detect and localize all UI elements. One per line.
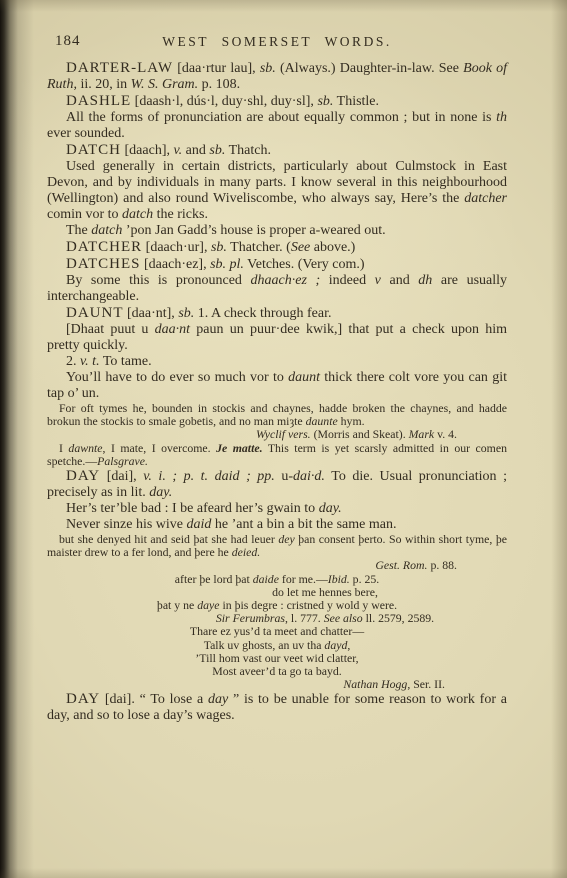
entry-dashle-note: All the forms of pronunciation are about… — [47, 110, 507, 142]
text-run: ever sounded. — [47, 126, 125, 141]
text-run: [daa·nt], — [124, 306, 179, 321]
text-run: v. t. — [80, 354, 100, 369]
text-run: [daach·ez], — [141, 257, 211, 272]
text-run: Gest. Rom. — [375, 558, 427, 572]
text-run: above.) — [310, 240, 355, 255]
text-run: W. S. Gram. — [131, 77, 199, 92]
entry-day-lose: DAY [dai]. “ To lose a day ” is to be un… — [47, 691, 507, 724]
text-run: ll. 2579, 2589. — [363, 611, 434, 625]
quote-gesta: but she denyed hit and seid þat she had … — [47, 533, 507, 559]
text-run: daunt — [288, 370, 320, 385]
text-run: daide — [253, 572, 279, 586]
text-run: p. 108. — [198, 77, 240, 92]
entry-datch: DATCH [daach], v. and sb. Thatch. — [47, 142, 507, 159]
text-run: day — [208, 692, 228, 707]
text-run: he ’ant a bin a bit the same man. — [211, 517, 396, 532]
quote-wyclif: For oft tymes he, bounden in stockis and… — [47, 402, 507, 428]
text-run: [daa·rtur lau], — [173, 61, 260, 76]
text-run: (Morris and Skeat). — [311, 427, 409, 441]
text-run: [dai]. “ To lose a — [100, 692, 208, 707]
text-run: See — [291, 240, 310, 255]
text-run: ’Till hom vast our veet wid clatter, — [195, 651, 358, 665]
text-run: Sir Ferumbras — [216, 611, 285, 625]
text-run: Palsgrave. — [97, 454, 148, 468]
entry-datch-note: Used generally in certain districts, par… — [47, 159, 507, 223]
text-run: daunte — [306, 414, 338, 428]
book-page: 184 WEST SOMERSET WORDS. DARTER-LAW [daa… — [0, 0, 567, 878]
text-run: datcher — [464, 191, 507, 206]
text-run: p. 88. — [428, 558, 458, 572]
entry-daunt: DAUNT [daa·nt], sb. 1. A check through f… — [47, 305, 507, 322]
text-run: ’pon Jan Gadd’s house is proper a-weared… — [122, 223, 385, 238]
headword: DAY — [66, 691, 100, 707]
text-run: [Dhaat puut u — [66, 322, 155, 337]
text-run: Vetches. (Very com.) — [244, 257, 365, 272]
text-run: day. — [319, 501, 342, 516]
text-run: and — [381, 273, 418, 288]
text-run: (Always.) Daughter-in-law. See — [276, 61, 463, 76]
text-run: The — [66, 223, 91, 238]
entry-daunt-sense-2: 2. v. t. To tame. — [47, 354, 507, 370]
text-run: dai·d. — [293, 469, 325, 484]
text-run: do let me hennes bere, — [272, 585, 378, 599]
page-edge-shadow-top — [0, 0, 567, 12]
text-run: Her’s ter’ble bad : I be afeard her’s gw… — [66, 501, 319, 516]
text-run: By some this is pronounced — [66, 273, 251, 288]
text-run: Wyclif vers. — [256, 427, 311, 441]
entry-datches: DATCHES [daach·ez], sb. pl. Vetches. (Ve… — [47, 256, 507, 273]
text-run: daye — [197, 598, 219, 612]
page-edge-shadow-bottom — [0, 868, 567, 878]
text-run: 2. — [66, 354, 80, 369]
text-run: Thistle. — [333, 94, 379, 109]
text-run: in þis degre : cristned y wold y were. — [220, 598, 398, 612]
entry-daunt-sense-2-example: You’ll have to do ever so much vor to da… — [47, 370, 507, 402]
text-run: 1. A check through fear. — [194, 306, 331, 321]
text-run: [daach], — [121, 143, 173, 158]
headword: DATCHES — [66, 256, 141, 272]
text-run: [daash·l, dús·l, duy·shl, duy·sl], — [131, 94, 317, 109]
text-run: sb. — [211, 240, 227, 255]
text-run: dawnte — [68, 441, 102, 455]
headword: DARTER-LAW — [66, 60, 173, 76]
text-run: sb. pl. — [210, 257, 244, 272]
text-run: To tame. — [100, 354, 152, 369]
text-run: dey — [278, 532, 294, 546]
attr-hogg: Nathan Hogg, Ser. II. — [47, 678, 507, 691]
entry-day-example-2: Never sinze his wive daid he ’ant a bin … — [47, 517, 507, 533]
entry-datcher: DATCHER [daach·ur], sb. Thatcher. (See a… — [47, 239, 507, 256]
text-run: [daach·ur], — [142, 240, 211, 255]
text-run: [dai], — [100, 469, 143, 484]
text-run: sb. — [178, 306, 194, 321]
gutter-shadow — [0, 0, 34, 878]
text-run: the ricks. — [153, 207, 208, 222]
headword: DAUNT — [66, 305, 124, 321]
page-edge-shadow-right — [551, 0, 567, 878]
quote-palsgrave: I dawnte, I mate, I overcome. Je matte. … — [47, 442, 507, 468]
text-run: Most aveer’d ta go ta bayd. — [212, 664, 342, 678]
text-run: hym. — [338, 414, 365, 428]
entry-datches-note: By some this is pronounced dhaach·ez ; i… — [47, 273, 507, 305]
text-run: , I mate, I overcome. — [103, 441, 217, 455]
text-run: indeed — [320, 273, 375, 288]
headword: DATCHER — [66, 239, 142, 255]
text-run: v. 4. — [434, 427, 457, 441]
text-run: Thatch. — [225, 143, 271, 158]
text-run: You’ll have to do ever so much vor to — [66, 370, 288, 385]
page-body: DARTER-LAW [daa·rtur lau], sb. (Always.)… — [47, 60, 507, 724]
text-run: dayd — [324, 638, 347, 652]
text-run: u- — [275, 469, 293, 484]
headword: DATCH — [66, 142, 121, 158]
text-run: Thare ez yus’d ta meet and chatter— — [190, 624, 364, 638]
text-run: datch — [122, 207, 153, 222]
text-run: daid — [187, 517, 212, 532]
text-run: , Ser. II. — [407, 677, 445, 691]
text-run: Je matte. — [216, 441, 262, 455]
headword: DASHLE — [66, 93, 131, 109]
text-run: but she denyed hit and seid þat she had … — [59, 532, 278, 546]
text-run: þat y ne — [157, 598, 197, 612]
text-run: v. — [173, 143, 182, 158]
entry-dashle: DASHLE [daash·l, dús·l, duy·shl, duy·sl]… — [47, 93, 507, 110]
text-run: sb. — [317, 94, 333, 109]
text-run: and — [182, 143, 209, 158]
text-run: th — [496, 110, 507, 125]
entry-darter-law: DARTER-LAW [daa·rtur lau], sb. (Always.)… — [47, 60, 507, 93]
text-run: daa·nt — [155, 322, 190, 337]
text-run: Talk uv ghosts, an uv tha — [204, 638, 325, 652]
text-run: See also — [324, 611, 363, 625]
entry-day-example-1: Her’s ter’ble bad : I be afeard her’s gw… — [47, 501, 507, 517]
text-run: Mark — [409, 427, 435, 441]
text-run: comin vor to — [47, 207, 122, 222]
text-run: deied. — [232, 545, 261, 559]
text-run: Never sinze his wive — [66, 517, 187, 532]
page-header: 184 WEST SOMERSET WORDS. — [47, 33, 507, 51]
running-title: WEST SOMERSET WORDS. — [47, 34, 507, 50]
text-run: sb. — [260, 61, 276, 76]
text-run: All the forms of pronunciation are about… — [66, 110, 496, 125]
text-run: , l. 777. — [285, 611, 324, 625]
text-run: For oft tymes he, bounden in stockis and… — [47, 401, 507, 428]
text-run: day. — [149, 485, 172, 500]
headword: DAY — [66, 468, 100, 484]
entry-day-die: DAY [dai], v. i. ; p. t. daid ; pp. u-da… — [47, 468, 507, 501]
text-run: , ii. 20, in — [73, 77, 130, 92]
entry-datch-example: The datch ’pon Jan Gadd’s house is prope… — [47, 223, 507, 239]
text-run: after þe lord þat — [175, 572, 253, 586]
text-run: sb. — [209, 143, 225, 158]
text-run: dhaach·ez ; — [251, 273, 321, 288]
text-run: Ibid. — [328, 572, 350, 586]
text-run: dh — [418, 273, 432, 288]
text-run: Nathan Hogg — [343, 677, 407, 691]
text-run: Thatcher. ( — [227, 240, 291, 255]
text-run: p. 25. — [350, 572, 380, 586]
text-run: datch — [91, 223, 122, 238]
text-run: I — [59, 441, 68, 455]
text-run: , — [347, 638, 350, 652]
text-run: Used generally in certain districts, par… — [47, 159, 507, 206]
text-run: for me.— — [279, 572, 328, 586]
entry-daunt-example: [Dhaat puut u daa·nt paun un puur·dee kw… — [47, 322, 507, 354]
text-run: v. i. ; p. t. daid ; pp. — [143, 469, 275, 484]
